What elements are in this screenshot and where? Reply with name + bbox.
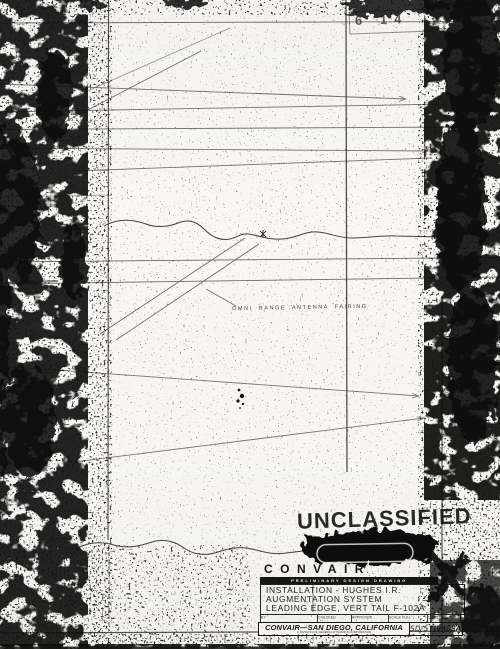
right-noise-band: [418, 0, 500, 649]
company-location-box: CONVAIR—SAN DIEGO, CALIFORNIA A DIVISION…: [258, 622, 410, 636]
sig-date-label: 1/16/57: [428, 616, 441, 620]
redaction-blob: [301, 529, 437, 565]
sig-by-field: BY: [261, 614, 318, 622]
date-stamp-text: 6 14: [355, 11, 409, 28]
leader-line: [206, 289, 236, 306]
asterisk-mark: [260, 230, 266, 238]
sig-scale-label: SCALE FULL: [389, 616, 411, 620]
unclassified-stamp: UNCLASSIFIED: [297, 503, 472, 534]
preliminary-design-banner: PRELIMINARY DESIGN DRAWING: [260, 577, 438, 584]
company-division: A DIVISION OF GENERAL DYNAMICS CORPORATI…: [297, 631, 371, 632]
company-name: CONVAIR: [264, 562, 371, 576]
banner-text: PRELIMINARY DESIGN DRAWING: [291, 578, 407, 583]
drawing-number-box: SD-57-0808A: [410, 622, 463, 636]
drawing-title-box: INSTALLATION - HUGHES I.R. AUGMENTATION …: [260, 584, 465, 615]
drawing-number: SD-57-0808A: [410, 624, 462, 633]
wavy-contour-line: [104, 220, 442, 239]
sig-scale-field: SCALE FULL: [389, 614, 428, 622]
fan-lines: [0, 22, 500, 198]
sig-approved-label: APPROVED: [352, 616, 372, 620]
title-line-3: LEADING EDGE, VERT TAIL F-102A: [266, 604, 464, 613]
graphite-dot-cluster: [236, 389, 244, 409]
redaction-inner-outline: [317, 543, 413, 563]
drawing-lines-layer: [0, 0, 500, 649]
sig-checked-label: CHECKED: [318, 616, 336, 620]
sig-by-label: BY: [261, 616, 266, 620]
mid-lines: [0, 238, 500, 340]
vertical-margin-lines: [108, 0, 442, 632]
company-row: CONVAIR—SAN DIEGO, CALIFORNIA A DIVISION…: [258, 622, 464, 635]
scanned-drawing-page: UNCLASSIFIED 6 14 OMNI RANGE ANTENNA FAI…: [0, 0, 500, 649]
photocopy-noise-layer: [0, 0, 500, 649]
center-dust: [96, 16, 426, 628]
sig-date-field: 1/16/57: [428, 614, 460, 622]
bottom-wavy-line: [76, 540, 320, 554]
antenna-fairing-label: OMNI RANGE ANTENNA FAIRING: [232, 304, 368, 312]
left-noise-band: [0, 0, 112, 649]
company-location: CONVAIR—SAN DIEGO, CALIFORNIA: [265, 624, 403, 631]
sig-approved-field: APPROVED: [352, 614, 389, 622]
dimension-lines: [0, 366, 424, 462]
sig-checked-field: CHECKED: [318, 614, 352, 622]
